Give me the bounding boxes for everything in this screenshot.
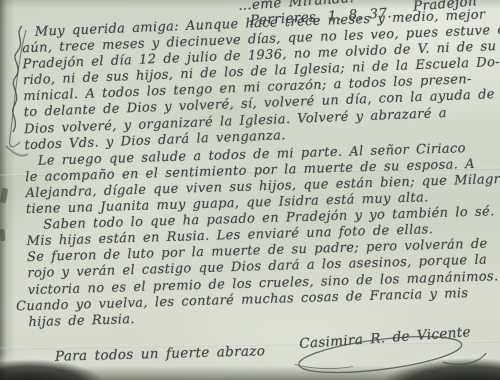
page-edge-mark (0, 188, 8, 204)
letter-body: Muy querida amiga: Aunque hace trece mes… (22, 14, 500, 331)
letter-photo: …eme Miranda. Pradejón Perrieres. 1. 8. … (0, 0, 500, 380)
signature-block: Casimira R. de Vicente (286, 317, 489, 380)
page-edge-mark (0, 229, 6, 241)
